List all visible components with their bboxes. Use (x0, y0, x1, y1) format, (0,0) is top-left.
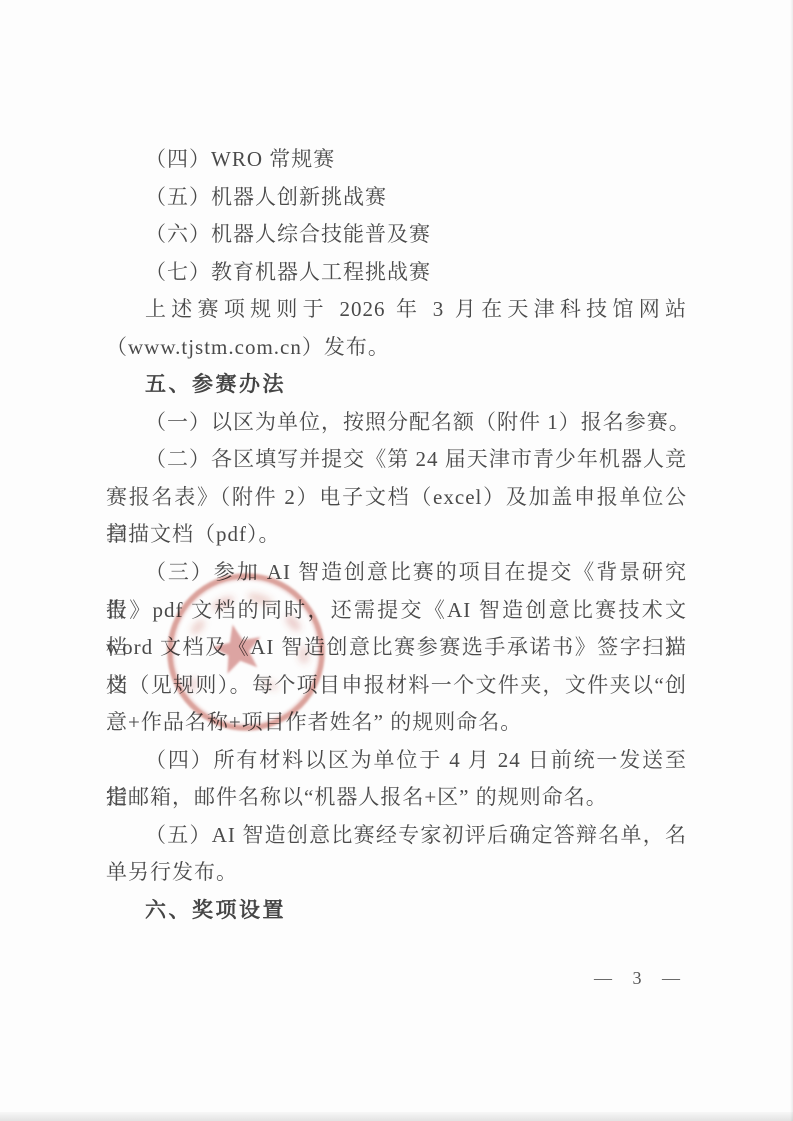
document-text-line: （一）以区为单位，按照分配名额（附件 1）报名参赛。 (106, 404, 687, 442)
document-text-line: （www.tjstm.com.cn）发布。 (106, 329, 687, 367)
document-text-line: word 文档及《AI 智造创意比赛参赛选手承诺书》签字扫描文 (106, 629, 687, 667)
document-text-line: 五、参赛办法 (106, 366, 687, 404)
document-lines: （四）WRO 常规赛（五）机器人创新挑战赛（六）机器人综合技能普及赛（七）教育机… (106, 141, 687, 929)
document-text-line: （五）机器人创新挑战赛 (106, 179, 687, 217)
document-text-line: 扫描文档（pdf）。 (106, 516, 687, 554)
document-text-line: （四）所有材料以区为单位于 4 月 24 日前统一发送至指 (106, 742, 687, 780)
document-text-line: （三）参加 AI 智造创意比赛的项目在提交《背景研究报 (106, 554, 687, 592)
document-text-line: （七）教育机器人工程挑战赛 (106, 254, 687, 292)
document-text-line: 赛报名表》（附件 2）电子文档（excel）及加盖申报单位公章 (106, 479, 687, 517)
page-number: — 3 — (585, 964, 695, 992)
document-text-line: 意+作品名称+项目作者姓名” 的规则命名。 (106, 704, 687, 742)
document-text-line: （二）各区填写并提交《第 24 届天津市青少年机器人竞 (106, 441, 687, 479)
document-text-line: 告》pdf 文档的同时，还需提交《AI 智造创意比赛技术文档》 (106, 592, 687, 630)
document-text-line: 六、奖项设置 (106, 892, 687, 930)
document-text-line: 档（见规则）。每个项目申报材料一个文件夹，文件夹以“创 (106, 667, 687, 705)
scanned-document-page: （四）WRO 常规赛（五）机器人创新挑战赛（六）机器人综合技能普及赛（七）教育机… (0, 0, 793, 1121)
document-text-line: （六）机器人综合技能普及赛 (106, 216, 687, 254)
scan-edge-shadow-bottom (0, 1112, 793, 1121)
document-text-line: （五）AI 智造创意比赛经专家初评后确定答辩名单，名 (106, 817, 687, 855)
document-text-line: 定邮箱，邮件名称以“机器人报名+区” 的规则命名。 (106, 779, 687, 817)
document-text-line: 单另行发布。 (106, 854, 687, 892)
document-text-line: （四）WRO 常规赛 (106, 141, 687, 179)
document-text-line: 上述赛项规则于 2026 年 3 月在天津科技馆网站 (106, 291, 687, 329)
